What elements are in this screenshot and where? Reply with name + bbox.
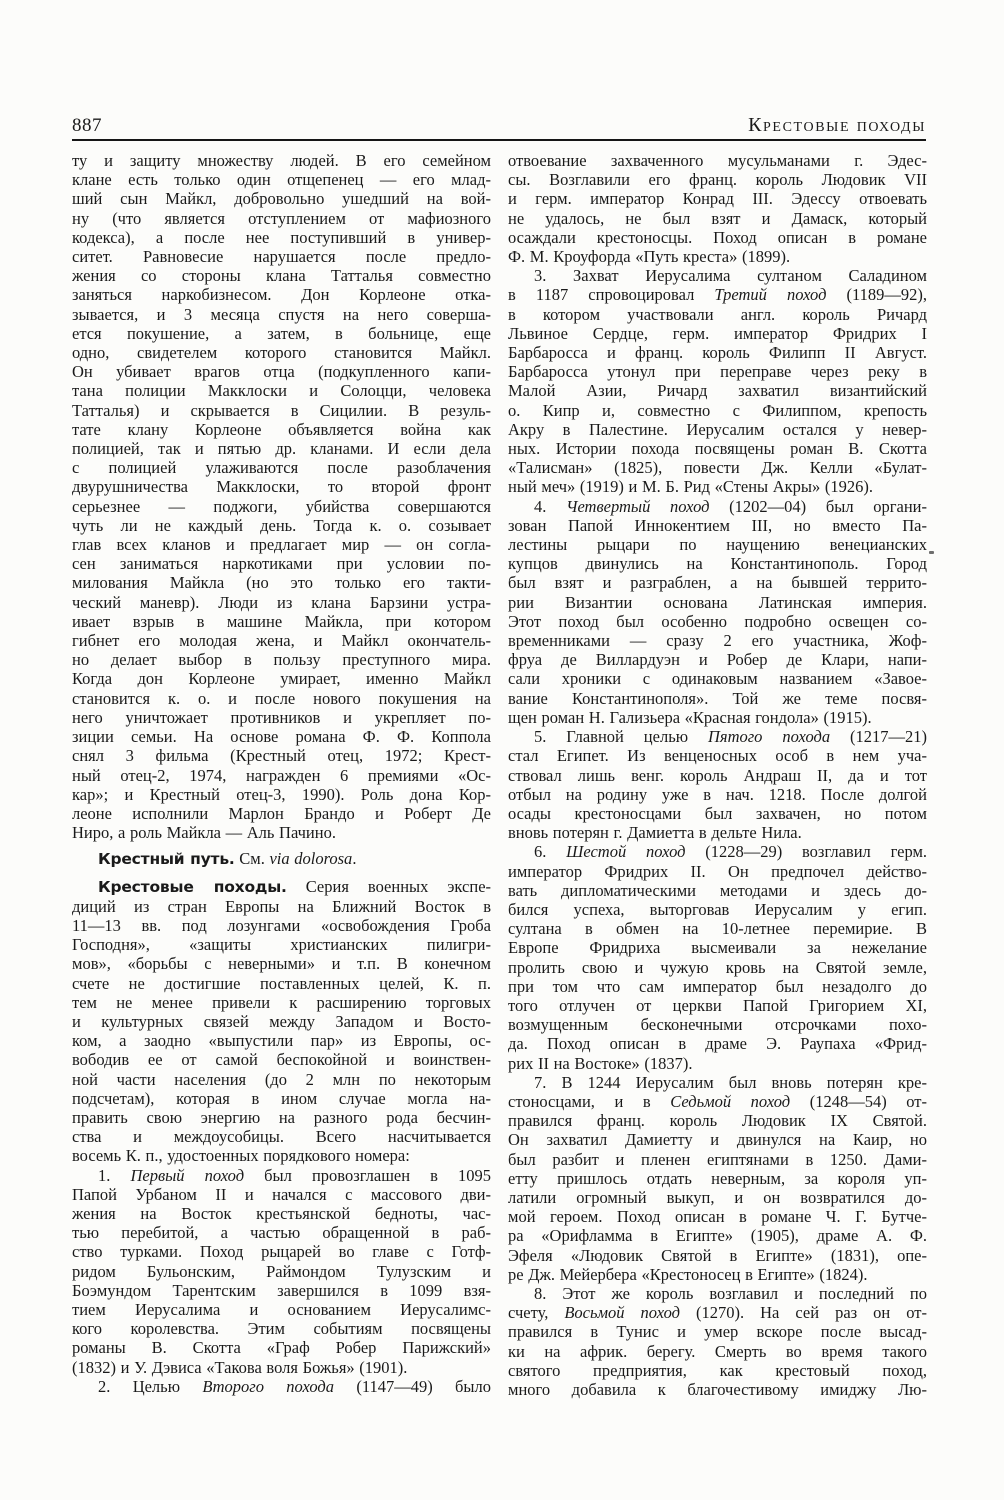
text-line: вновь потерян г. Дамиетта в дельте Нила. (508, 823, 927, 842)
text-line: тана полиции Макклоски и Солоцци, челове… (72, 381, 491, 400)
text-line: латили огромный выкуп, и он возвратился … (508, 1188, 927, 1207)
text-line: жения со стороны клана Татталья совместн… (72, 266, 491, 285)
para-continuation-crusade-2: отвоевание захваченного мусульманами г. … (508, 151, 927, 266)
italic-term: via dolorosa (269, 849, 352, 868)
text-run: (1270). На сей раз он от- (680, 1303, 927, 1322)
item-crusade-8: 8. Этот же король возглавил и последний … (508, 1284, 927, 1399)
text-line: етту пришлось отдать неверным, за короля… (508, 1169, 927, 1188)
text-run: (1189—92), (826, 285, 927, 304)
text-line: с полицией улаживаются после разоблачени… (72, 458, 491, 477)
text-line: восемь К. п., удостоенных порядкового но… (72, 1146, 491, 1165)
italic-term: Пятого похода (708, 727, 830, 746)
text-line: подсчетам), которая в ином случае могла … (72, 1089, 491, 1108)
text-line: тью перебитой, а частью обращенной в раб… (72, 1223, 491, 1242)
right-column: отвоевание захваченного мусульманами г. … (508, 151, 927, 1399)
text-line: 11—13 вв. под лозунгами «освобождения Гр… (72, 916, 491, 935)
text-line: не удалось, не был взят и Дамаск, которы… (508, 209, 927, 228)
left-column: ту и защиту множеству людей. В его семей… (72, 151, 491, 1399)
text-line: ствовал лишь венг. король Андраш II, да … (508, 766, 927, 785)
text-line: Барбаросса и франц. король Филипп II Авг… (508, 343, 927, 362)
item-crusade-1: 1. Первый поход был провозглашен в 1095П… (72, 1166, 491, 1377)
text-line: отвоевание захваченного мусульманами г. … (508, 151, 927, 170)
text-line: Когда дон Корлеоне умирает, именно Майкл (72, 669, 491, 688)
text-line: тем не менее привели к расширению торгов… (72, 993, 491, 1012)
text-line: Этот поход был особенно подробно освещен… (508, 612, 927, 631)
text-line: того отлучен от церкви Папой Григорием X… (508, 996, 927, 1015)
item-crusade-7: 7. В 1244 Иерусалим был вновь потерян кр… (508, 1073, 927, 1284)
text-run: (1147—49) было (334, 1377, 491, 1396)
text-line: 4. Четвертый поход (1202—04) был органи- (508, 497, 927, 516)
text-line: святого предприятия, как крестовый поход… (508, 1361, 927, 1380)
text-line: Он убивает врагов отца (подкупленного ка… (72, 362, 491, 381)
text-line: ется покушение, а затем, в больнице, еще (72, 324, 491, 343)
text-line: щен роман Н. Гализьера «Красная гондола»… (508, 708, 927, 727)
text-line: мой героем. Поход описан в романе Ч. Г. … (508, 1207, 927, 1226)
text-line: купцов двинулись на Константинополь. Гор… (508, 554, 927, 573)
text-line: ту и защиту множеству людей. В его семей… (72, 151, 491, 170)
entry-krestny-put: Крестный путь. См. via dolorosa. (72, 849, 491, 869)
text-line: возмущенным бесконечными отсрочками похо… (508, 1015, 927, 1034)
italic-term: Восьмой поход (564, 1303, 680, 1322)
text-line: стоносцами, и в Седьмой поход (1248—54) … (508, 1092, 927, 1111)
text-line: ре Дж. Мейербера «Крестоносец в Египте» … (508, 1265, 927, 1284)
text-line: 2. Целью Второго похода (1147—49) было (72, 1377, 491, 1396)
text-line: 6. Шестой поход (1228—29) возглавил герм… (508, 842, 927, 861)
text-run: (1217—21) (830, 727, 927, 746)
text-line: Господня», «защиты христианских пилигри- (72, 935, 491, 954)
text-run: См. (235, 849, 270, 868)
text-run: был провозглашен в 1095 (244, 1166, 491, 1185)
text-line: султана в обмен на 10-летнее перемирие. … (508, 919, 927, 938)
text-run: Серия военных экспе- (287, 877, 491, 896)
text-line: ший сын Майкл, добровольно ушедший на во… (72, 189, 491, 208)
text-line: зывается, и 3 месяца спустя на него сове… (72, 305, 491, 324)
text-line: зован Папой Иннокентием III, но вместо П… (508, 516, 927, 535)
italic-term: Седьмой поход (670, 1092, 790, 1111)
text-line: сен заниматься наркотиками при условии п… (72, 554, 491, 573)
text-line: ивает взрыв в машине Майкла, при котором (72, 612, 491, 631)
text-line: Малой Азии, Ричард захватил византийский (508, 381, 927, 400)
text-run: . (352, 849, 356, 868)
entry-headword: Крестовые походы. (98, 878, 287, 896)
text-line: милования Майкла (но это только его такт… (72, 573, 491, 592)
text-line: глав всех кланов и предлагает мир — он с… (72, 535, 491, 554)
text-run: стоносцами, и в (508, 1092, 670, 1111)
text-line: счету, Восьмой поход (1270). На сей раз … (508, 1303, 927, 1322)
entry-headword: Крестный путь. (98, 850, 235, 868)
text-line: и культурных связей между Западом и Вост… (72, 1012, 491, 1031)
text-line: Татталья) и скрывается в Сицилии. В резу… (72, 401, 491, 420)
text-line: был взят и разграблен, а на бывшей терри… (508, 573, 927, 592)
text-line: при том что сам император был незадолго … (508, 977, 927, 996)
text-line: много добавила к благочестивому имиджу Л… (508, 1380, 927, 1399)
text-line: Европе Фридриха высмеивали за нежелание (508, 938, 927, 957)
text-line: кодекса), а после нее поступивший в унив… (72, 228, 491, 247)
text-line: 1. Первый поход был провозглашен в 1095 (72, 1166, 491, 1185)
text-line: гибнет его молодая жена, и Майкл окончат… (72, 631, 491, 650)
text-line: Крестовые походы. Серия военных экспе- (72, 877, 491, 897)
text-line: Львиное Сердце, герм. император Фридрих … (508, 324, 927, 343)
running-title: Крестовые походы (748, 114, 926, 137)
text-line: Акру в Палестине. Иерусалим остался у не… (508, 420, 927, 439)
text-line: правился франц. король Людовик IX Святой… (508, 1111, 927, 1130)
text-run: (1202—04) был органи- (709, 497, 927, 516)
text-line: сали хроники с одинаковым названием «Зав… (508, 669, 927, 688)
text-line: фруа де Виллардуэн и Робер де Клари, нап… (508, 650, 927, 669)
text-line: Ниро, а роль Майкла — Аль Пачино. (72, 823, 491, 842)
text-line: ситет. Равновесие нарушается после предл… (72, 247, 491, 266)
text-line: стал Египет. Из венценосных особ в нем у… (508, 746, 927, 765)
text-line: него уничтожает противников и укрепляет … (72, 708, 491, 727)
text-run: 5. Главной целью (534, 727, 708, 746)
scan-artifact (929, 551, 934, 554)
text-line: бился успеха, выторговав Иерусалим у еги… (508, 900, 927, 919)
text-line: Крестный путь. См. via dolorosa. (72, 849, 491, 869)
text-line: жения на Восток крестьянской бедноты, ча… (72, 1204, 491, 1223)
text-line: серьезнее — поджоги, убийства совершаютс… (72, 497, 491, 516)
item-crusade-6: 6. Шестой поход (1228—29) возглавил герм… (508, 842, 927, 1072)
text-line: ну (что является отступлением от мафиозн… (72, 209, 491, 228)
text-line: ной части населения (до 2 млн по некотор… (72, 1070, 491, 1089)
text-line: Ф. М. Кроуфорда «Путь креста» (1899). (508, 247, 927, 266)
text-run: 4. (534, 497, 566, 516)
text-line: 3. Захват Иерусалима султаном Саладином (508, 266, 927, 285)
text-line: Барбаросса утонул при переправе через ре… (508, 362, 927, 381)
text-line: «Талисман» (1825), повести Дж. Келли «Бу… (508, 458, 927, 477)
item-crusade-3: 3. Захват Иерусалима султаном Саладиномв… (508, 266, 927, 496)
text-line: был разбит и пленен египтянами в 1250. Д… (508, 1150, 927, 1169)
text-line: 7. В 1244 Иерусалим был вновь потерян кр… (508, 1073, 927, 1092)
text-line: 5. Главной целью Пятого похода (1217—21) (508, 727, 927, 746)
text-line: вание Константинополя». Той же теме посв… (508, 689, 927, 708)
text-line: становится к. о. и после нового покушени… (72, 689, 491, 708)
text-line: полицией, так и пятью др. кланами. И есл… (72, 439, 491, 458)
item-crusade-2: 2. Целью Второго похода (1147—49) было (72, 1377, 491, 1396)
text-line: Он захватил Дамиетту и двинулся на Каир,… (508, 1130, 927, 1149)
text-line: отбыл на родину уже в нач. 1218. После д… (508, 785, 927, 804)
text-line: одно, свидетелем которого становится Май… (72, 343, 491, 362)
header-rule (72, 139, 926, 141)
text-line: править свою энергию на разного рода бес… (72, 1108, 491, 1127)
text-line: но делает выбор в пользу преступного мир… (72, 650, 491, 669)
item-crusade-4: 4. Четвертый поход (1202—04) был органи-… (508, 497, 927, 727)
italic-term: Первый поход (130, 1166, 244, 1185)
text-line: император Фридрих II. Он предпочел дейст… (508, 862, 927, 881)
italic-term: Третий поход (714, 285, 826, 304)
text-line: в котором участвовали англ. король Ричар… (508, 305, 927, 324)
text-line: осаждали крестоносцы. Поход описан в ром… (508, 228, 927, 247)
text-line: тием Иерусалима и основанием Иерусалимс- (72, 1300, 491, 1319)
dictionary-page: 887 Крестовые походы ту и защиту множест… (0, 0, 1004, 1500)
text-line: правился в Тунис и умер вскоре после выс… (508, 1322, 927, 1341)
text-line: ства и междоусобицы. Всего насчитывается (72, 1127, 491, 1146)
text-line: Эфеля «Людовик Святой в Египте» (1831), … (508, 1246, 927, 1265)
text-line: тате клану Корлеоне объявляется война ка… (72, 420, 491, 439)
entry-krestovye-pokhody: Крестовые походы. Серия военных экспе-ди… (72, 877, 491, 1166)
text-line: кого королевства. Этим событиям посвящен… (72, 1319, 491, 1338)
text-line: клане есть только один отщепенец — его м… (72, 170, 491, 189)
text-run: 6. (534, 842, 566, 861)
text-line: Боэмундом Тарентским завершился в 1099 в… (72, 1281, 491, 1300)
text-run: (1248—54) от- (790, 1092, 927, 1111)
text-line: рии Византии основана Латинская империя. (508, 593, 927, 612)
text-line: заняться наркобизнесом. Дон Корлеоне отк… (72, 285, 491, 304)
text-run: 1. (98, 1166, 130, 1185)
text-line: ческий маневр). Люди из клана Барзини ус… (72, 593, 491, 612)
text-run: 2. Целью (98, 1377, 202, 1396)
text-line: рих II на Востоке» (1837). (508, 1054, 927, 1073)
text-line: осады крестоносцами был захвачен, но пот… (508, 804, 927, 823)
italic-term: Второго похода (202, 1377, 334, 1396)
page-body: ту и защиту множеству людей. В его семей… (72, 151, 926, 1399)
text-line: ком, а заодно «выпустили пар» из Европы,… (72, 1031, 491, 1050)
text-line: зиции семьи. На основе романа Ф. Ф. Копп… (72, 727, 491, 746)
text-line: ство турками. Поход рыцарей во главе с Г… (72, 1242, 491, 1261)
text-line: леоне исполнили Марлон Брандо и Роберт Д… (72, 804, 491, 823)
item-crusade-5: 5. Главной целью Пятого похода (1217—21)… (508, 727, 927, 842)
running-head: 887 Крестовые походы (72, 114, 926, 137)
text-line: ридом Бульонским, Раймондом Тулузским и (72, 1262, 491, 1281)
text-line: ных. Истории похода посвящены роман В. С… (508, 439, 927, 458)
text-line: пролить свою и чужую кровь на Святой зем… (508, 958, 927, 977)
text-line: Папой Урбаном II и начался с массового д… (72, 1185, 491, 1204)
italic-term: Шестой поход (566, 842, 685, 861)
text-line: чуть ли не каждый день. Тогда к. о. созы… (72, 516, 491, 535)
text-line: 8. Этот же король возглавил и последний … (508, 1284, 927, 1303)
text-line: снял 3 фильма (Крестный отец, 1972; Крес… (72, 746, 491, 765)
text-line: вободив ее от самой беспокойной и воинст… (72, 1050, 491, 1069)
text-line: о. Кипр и, совместно с Филиппом, крепост… (508, 401, 927, 420)
text-line: да. Поход описан в драме Э. Раупаха «Фри… (508, 1034, 927, 1053)
text-line: ки на африк. берегу. Смерть во время так… (508, 1342, 927, 1361)
text-line: сы. Возглавили его франц. король Людовик… (508, 170, 927, 189)
para-continuation-godfather: ту и защиту множеству людей. В его семей… (72, 151, 491, 842)
text-line: и герм. император Конрад III. Эдессу отв… (508, 189, 927, 208)
text-line: двурушничества Макклоски, то второй фрон… (72, 477, 491, 496)
text-line: счете не достигшие поставленных целей, К… (72, 974, 491, 993)
text-line: ный меч» (1919) и М. Б. Рид «Стены Акры»… (508, 477, 927, 496)
text-line: (1832) и У. Дэвиса «Такова воля Божья» (… (72, 1358, 491, 1377)
text-line: временниками — сразу 2 его участника, Жо… (508, 631, 927, 650)
text-line: кар»; и Крестный отец-3, 1990). Роль дон… (72, 785, 491, 804)
text-line: диций из стран Европы на Ближний Восток … (72, 897, 491, 916)
text-line: лестины рыцари по наущению венецианских (508, 535, 927, 554)
text-line: в 1187 спровоцировал Третий поход (1189—… (508, 285, 927, 304)
text-line: ный отец-2, 1974, награжден 6 премиями «… (72, 766, 491, 785)
text-line: ра «Орифламма в Египте» (1905), драме А.… (508, 1226, 927, 1245)
italic-term: Четвертый поход (566, 497, 709, 516)
page-number: 887 (72, 115, 102, 137)
text-run: (1228—29) возглавил герм. (685, 842, 927, 861)
text-line: вать дипломатическими методами и здесь д… (508, 881, 927, 900)
text-run: счету, (508, 1303, 564, 1322)
text-line: мов», «борьбы с неверными» и т.п. В коне… (72, 954, 491, 973)
text-run: в 1187 спровоцировал (508, 285, 714, 304)
text-line: романы В. Скотта «Граф Робер Парижский» (72, 1338, 491, 1357)
